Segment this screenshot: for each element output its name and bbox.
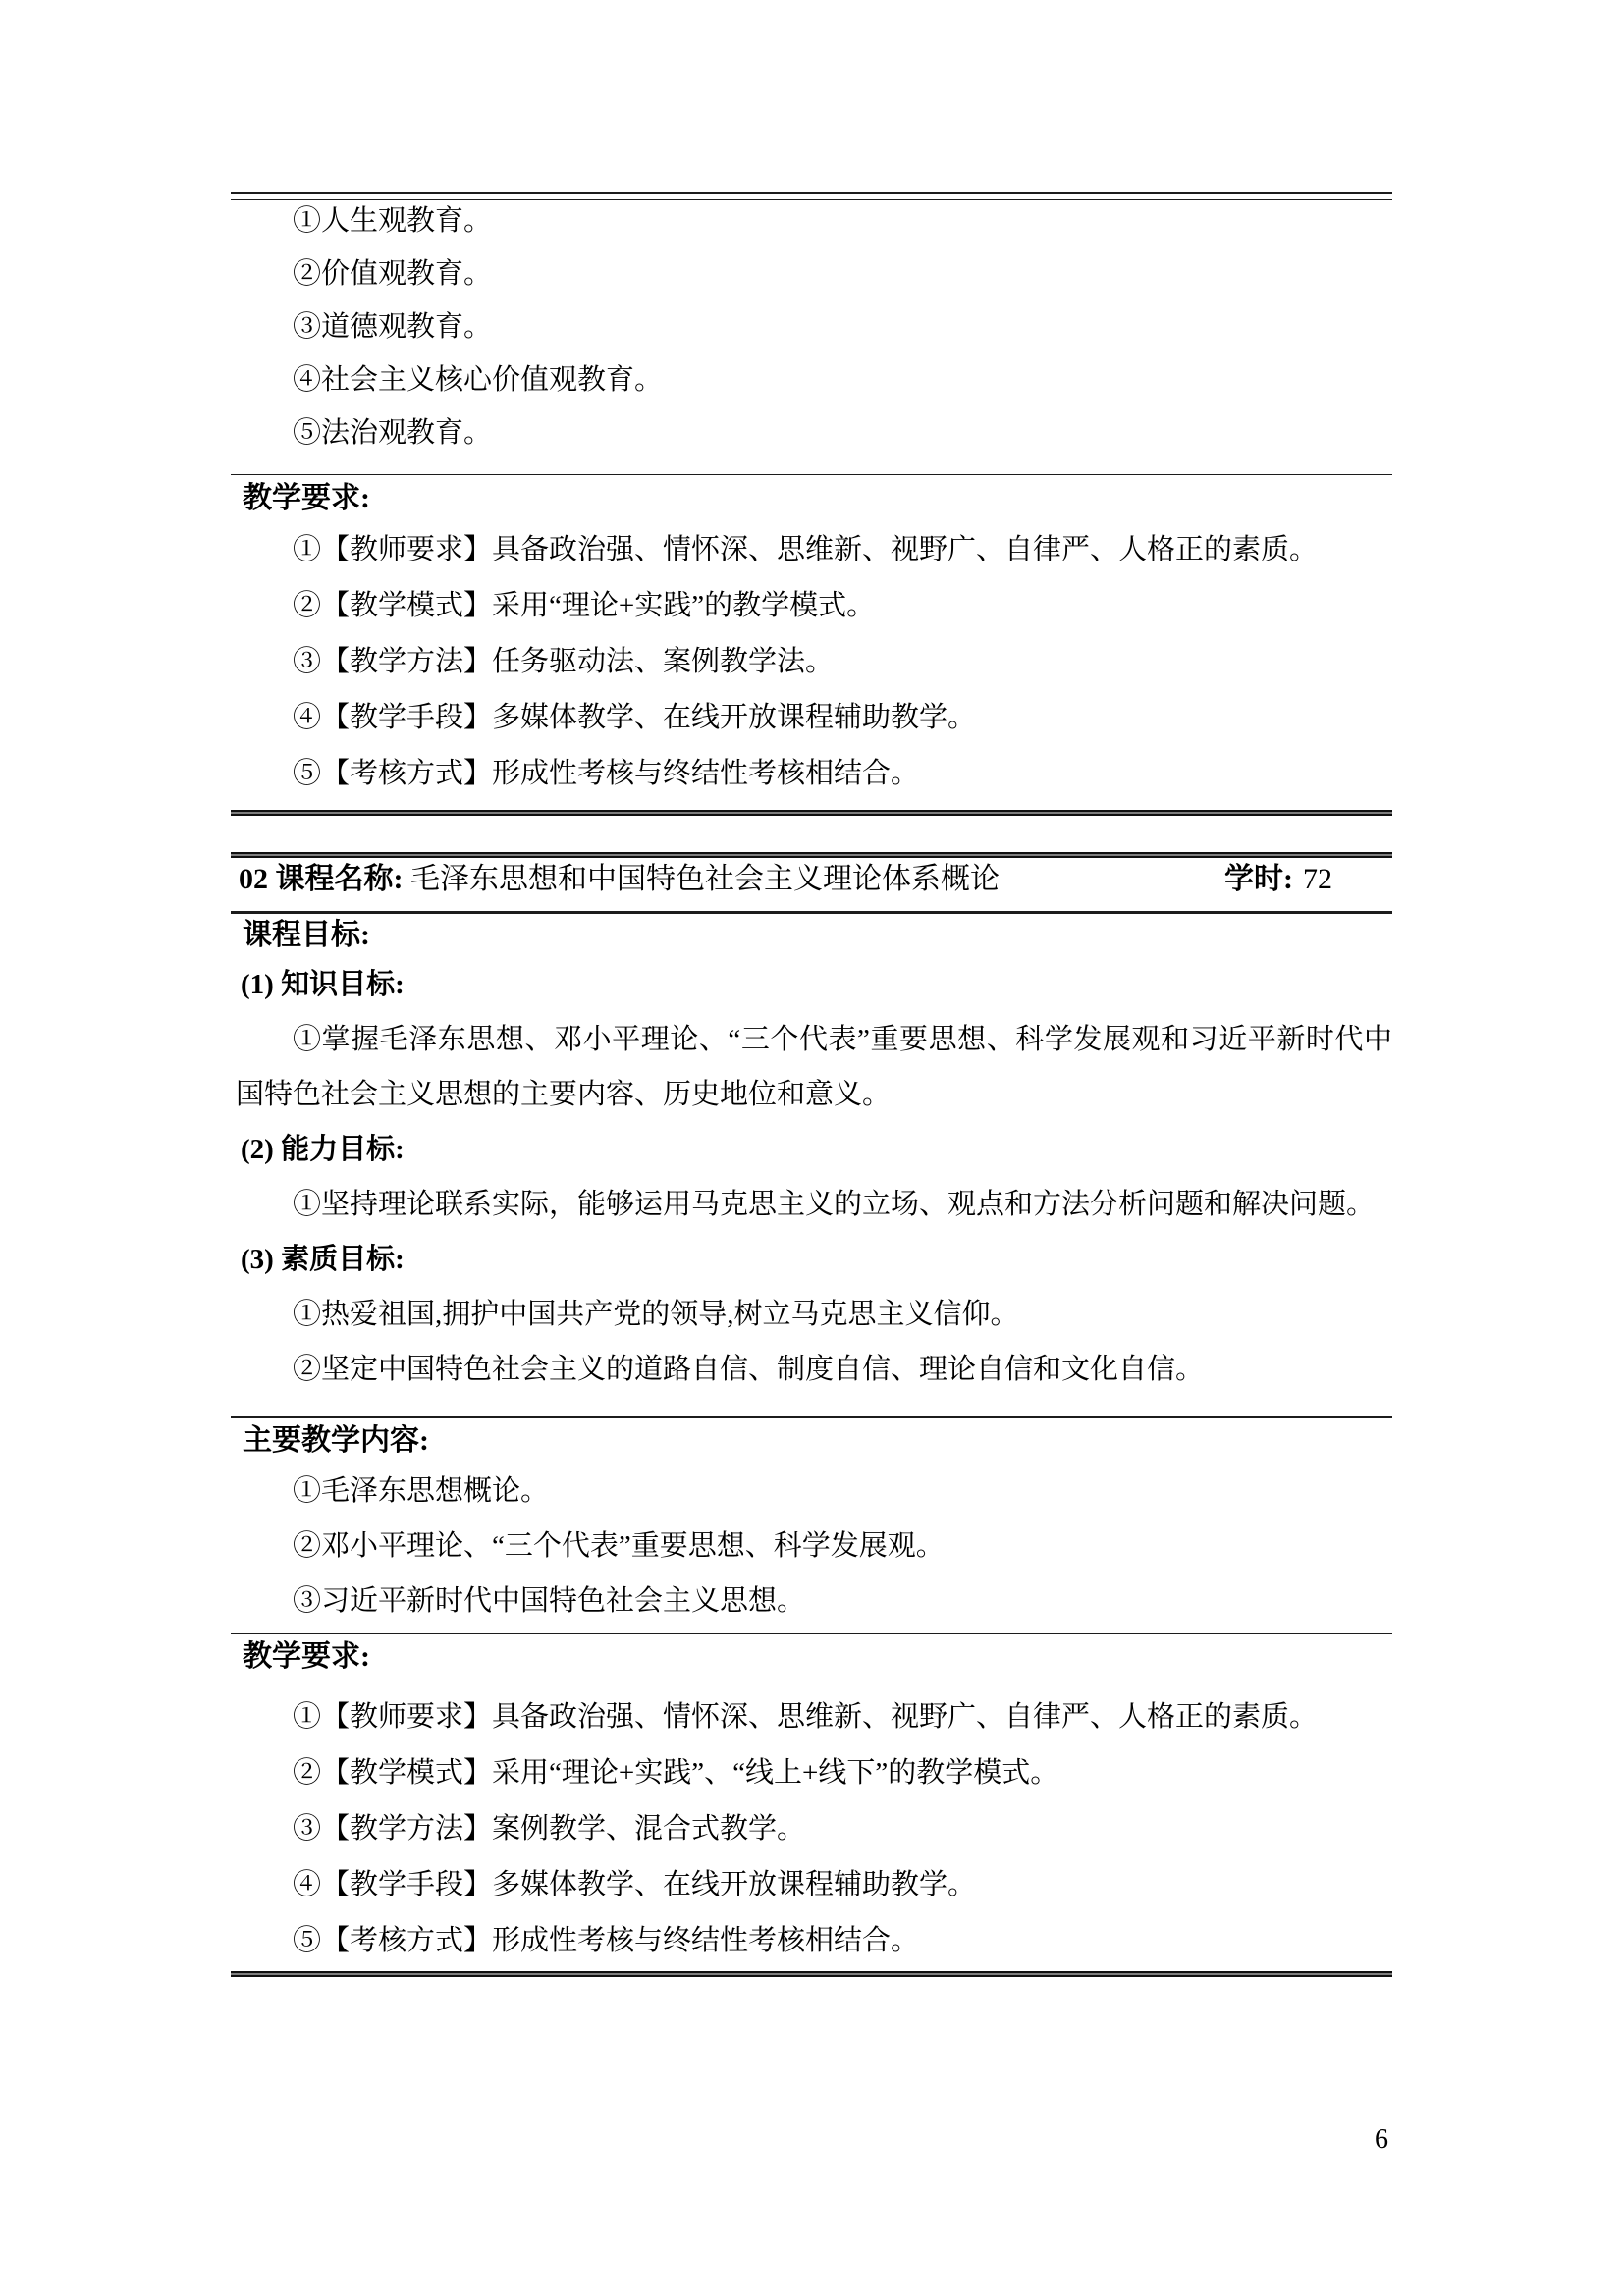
teaching-requirements-heading: 教学要求: [231, 1634, 1392, 1680]
list-item: ④【教学手段】多媒体教学、在线开放课程辅助教学。 [231, 1857, 1392, 1913]
list-item: ②价值观教育。 [231, 247, 1392, 300]
course-name: 毛泽东思想和中国特色社会主义理论体系概论 [410, 863, 1000, 895]
list-item: ②坚定中国特色社会主义的道路自信、制度自信、理论自信和文化自信。 [231, 1342, 1392, 1397]
list-item: ①人生观教育。 [231, 194, 1392, 247]
course-objectives-list: (1) 知识目标: ①掌握毛泽东思想、邓小平理论、“三个代表”重要思想、科学发展… [231, 957, 1392, 1397]
course-content-list: ①毛泽东思想概论。 ②邓小平理论、“三个代表”重要思想、科学发展观。 ③习近平新… [231, 1464, 1392, 1629]
list-item: ①掌握毛泽东思想、邓小平理论、“三个代表”重要思想、科学发展观和习近平新时代中国… [231, 1012, 1392, 1122]
course-hours: 学时:72 [1224, 858, 1332, 901]
list-item: ⑤【考核方式】形成性考核与终结性考核相结合。 [231, 1913, 1392, 1969]
main-content-heading: 主要教学内容: [231, 1418, 1392, 1464]
course-teaching-requirements-list: ①【教师要求】具备政治强、情怀深、思维新、视野广、自律严、人格正的素质。 ②【教… [231, 1689, 1392, 1969]
list-item: (2) 能力目标: [231, 1122, 1392, 1177]
section-bottom-border [231, 810, 1392, 816]
list-item: ②【教学模式】采用“理论+实践”、“线上+线下”的教学模式。 [231, 1745, 1392, 1801]
list-item: ③【教学方法】案例教学、混合式教学。 [231, 1801, 1392, 1857]
list-item: ③道德观教育。 [231, 300, 1392, 353]
list-item: ①热爱祖国,拥护中国共产党的领导,树立马克思主义信仰。 [231, 1287, 1392, 1342]
list-item: ②邓小平理论、“三个代表”重要思想、科学发展观。 [231, 1519, 1392, 1574]
list-item: ⑤法治观教育。 [231, 406, 1392, 459]
section-bottom-border [231, 1971, 1392, 1977]
syllabus-table: ①人生观教育。 ②价值观教育。 ③道德观教育。 ④社会主义核心价值观教育。 ⑤法… [231, 192, 1392, 1977]
list-item: ①【教师要求】具备政治强、情怀深、思维新、视野广、自律严、人格正的素质。 [231, 522, 1392, 578]
list-item: ④【教学手段】多媒体教学、在线开放课程辅助教学。 [231, 690, 1392, 746]
teaching-requirements-heading: 教学要求: [231, 475, 1392, 522]
list-item: ①【教师要求】具备政治强、情怀深、思维新、视野广、自律严、人格正的素质。 [231, 1689, 1392, 1745]
course-objectives-heading: 课程目标: [231, 914, 1392, 957]
list-item: ②【教学模式】采用“理论+实践”的教学模式。 [231, 578, 1392, 634]
hours-value: 72 [1293, 863, 1332, 895]
document-page: ①人生观教育。 ②价值观教育。 ③道德观教育。 ④社会主义核心价值观教育。 ⑤法… [0, 0, 1624, 2296]
list-item: (3) 素质目标: [231, 1232, 1392, 1287]
page-number: 6 [1375, 2125, 1388, 2155]
list-item: ①坚持理论联系实际，能够运用马克思主义的立场、观点和方法分析问题和解决问题。 [231, 1177, 1392, 1232]
list-item: (1) 知识目标: [231, 957, 1392, 1012]
list-item: ①毛泽东思想概论。 [231, 1464, 1392, 1519]
list-item: ⑤【考核方式】形成性考核与终结性考核相结合。 [231, 746, 1392, 802]
course-number-label: 02 课程名称: [239, 863, 404, 895]
hours-label: 学时: [1224, 863, 1293, 895]
list-item: ③习近平新时代中国特色社会主义思想。 [231, 1574, 1392, 1629]
prev-course-teaching-requirements-list: ①【教师要求】具备政治强、情怀深、思维新、视野广、自律严、人格正的素质。 ②【教… [231, 522, 1392, 802]
list-item: ④社会主义核心价值观教育。 [231, 353, 1392, 406]
list-item: ③【教学方法】任务驱动法、案例教学法。 [231, 634, 1392, 690]
course-header-row: 02 课程名称: 毛泽东思想和中国特色社会主义理论体系概论 学时:72 [231, 858, 1392, 901]
prev-course-content-list: ①人生观教育。 ②价值观教育。 ③道德观教育。 ④社会主义核心价值观教育。 ⑤法… [231, 194, 1392, 459]
